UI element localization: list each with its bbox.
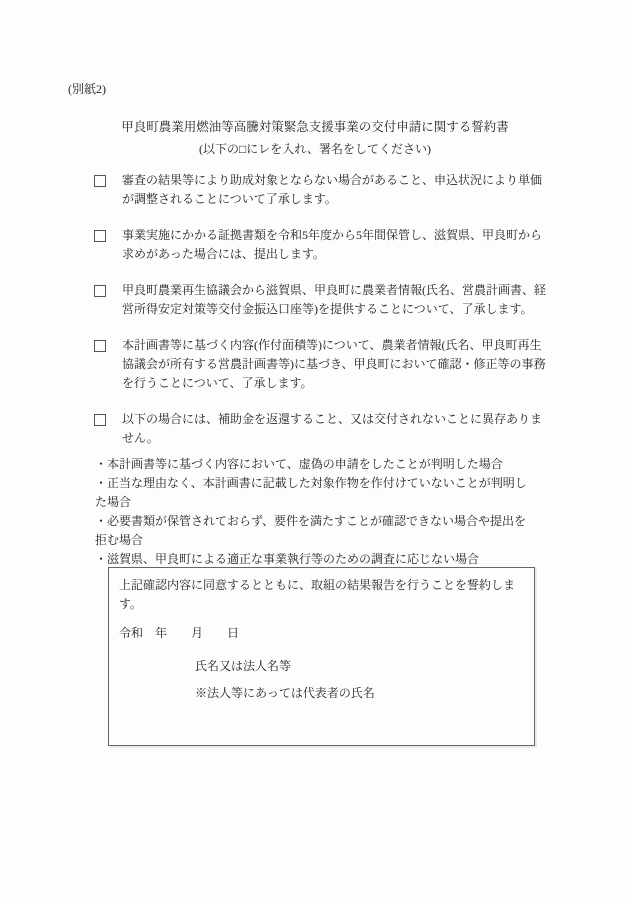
attachment-label: (別紙2) (68, 80, 106, 99)
pledge-statement: 上記確認内容に同意するとともに、取組の結果報告を行うことを誓約します。 (119, 576, 521, 614)
agreement-checkbox[interactable] (94, 414, 106, 426)
checkbox-item-label: 審査の結果等により助成対象とならない場合があること、申込状況により単価が調整され… (122, 171, 552, 209)
list-item: ・必要書類が保管されておらず、要件を満たすことが確認できない場合や提出を拒む場合 (95, 512, 531, 550)
representative-note: ※法人等にあっては代表者の氏名 (195, 684, 524, 703)
checkbox-item: 本計画書等に基づく内容(作付面積等)について、農業者情報(氏名、甲良町再生協議会… (94, 336, 554, 393)
agreement-checkbox[interactable] (94, 340, 106, 352)
list-item: ・正当な理由なく、本計画書に記載した対象作物を作付けていないことが判明した場合 (95, 474, 531, 512)
document-title: 甲良町農業用燃油等高騰対策緊急支援事業の交付申請に関する誓約書 (0, 118, 630, 137)
signer-name-label: 氏名又は法人名等 (195, 657, 524, 676)
list-item: ・本計画書等に基づく内容において、虚偽の申請をしたことが判明した場合 (95, 455, 531, 474)
checkbox-item: 審査の結果等により助成対象とならない場合があること、申込状況により単価が調整され… (94, 171, 554, 209)
agreement-checkbox[interactable] (94, 175, 106, 187)
checkbox-item-label: 本計画書等に基づく内容(作付面積等)について、農業者情報(氏名、甲良町再生協議会… (122, 336, 552, 393)
checkbox-item: 以下の場合には、補助金を返還すること、又は交付されないことに異存ありません。 (94, 410, 554, 448)
checkbox-item: 事業実施にかかる証拠書類を令和5年度から5年間保管し、滋賀県、甲良町から求めがあ… (94, 226, 554, 264)
forfeiture-case-list: ・本計画書等に基づく内容において、虚偽の申請をしたことが判明した場合 ・正当な理… (95, 455, 531, 569)
pledge-document-page: (別紙2) 甲良町農業用燃油等高騰対策緊急支援事業の交付申請に関する誓約書 (以… (0, 0, 630, 903)
checkbox-item: 甲良町農業再生協議会から滋賀県、甲良町に農業者情報(氏名、営農計画書、経営所得安… (94, 281, 554, 319)
agreement-checkbox-list: 審査の結果等により助成対象とならない場合があること、申込状況により単価が調整され… (94, 171, 554, 465)
checkbox-item-label: 甲良町農業再生協議会から滋賀県、甲良町に農業者情報(氏名、営農計画書、経営所得安… (122, 281, 552, 319)
agreement-checkbox[interactable] (94, 230, 106, 242)
checkbox-item-label: 以下の場合には、補助金を返還すること、又は交付されないことに異存ありません。 (122, 410, 552, 448)
checkbox-item-label: 事業実施にかかる証拠書類を令和5年度から5年間保管し、滋賀県、甲良町から求めがあ… (122, 226, 552, 264)
date-field: 令和 年 月 日 (119, 624, 524, 643)
agreement-checkbox[interactable] (94, 285, 106, 297)
signature-box: 上記確認内容に同意するとともに、取組の結果報告を行うことを誓約します。 令和 年… (108, 567, 535, 746)
document-instruction: (以下の□にレを入れ、署名をしてください) (0, 140, 630, 159)
